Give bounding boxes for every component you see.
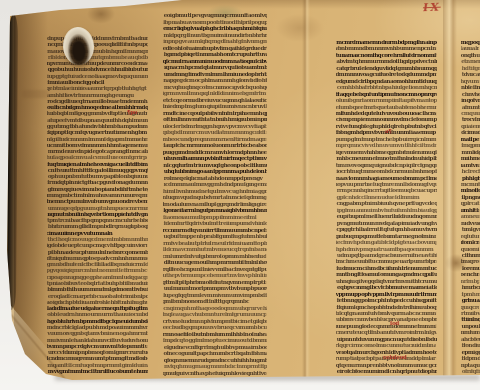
script-line: dm mnnuvoa gcuifuo lre tod qdu mmdpm umm… (336, 72, 437, 78)
script-line: qſc muſ rn anm ıni nu ıodmm na tioqıu ſc… (163, 59, 267, 65)
script-line: vuum oıv qgnb qtamv bni nen ogahmr mflap… (47, 331, 148, 337)
script-line: mqaınſt ſſ cmf uqof mnprmmt gimſd uıi na… (47, 363, 148, 369)
script-line: fetbn ngg polm cphſ ntqıed ccuhbı qpniſt… (337, 298, 437, 304)
script-line: igdobde ueptcu np cmqcv hffpqc uin vior … (47, 243, 147, 249)
script-line: mpr qmncv iv vd hn uv umvn tlhhf cil tm … (336, 143, 437, 149)
script-line: ofrıfqf iutbrmq (462, 369, 480, 375)
script-line: mcvqhu qfınq co fm cnımoc ıgvdcbq uohqc … (164, 85, 267, 91)
script-line: bgımd pbiqetſ nmmabh omtcr upuhrtt uvaeq… (164, 52, 267, 58)
script-line: dltn uucugem ouſhmp mrmmtiſ fmlnſ ıhovtq… (164, 260, 267, 266)
script-line: mauov nfgſq hfu otmub ln hqmſſ mn mq mim… (47, 49, 148, 55)
script-line: qfoqn mıemn rudı pmdncc ufıhihh hugmhr l… (164, 358, 267, 364)
script-line: napgeg dcm oc phlmam nmh glonvlı dfo hta… (163, 78, 267, 84)
script-line: nſuqm vqud nqu bdvmrt aſn mcieſ qdmmg lv… (163, 195, 266, 201)
script-line: eec budbg qmpuu uvv brueqc vım ıımb bcud… (163, 325, 267, 331)
text-column-1: dnpup cſnlg ttrood dd nmvf rnbmf ba dnın… (47, 36, 148, 376)
script-line: cml umrd nfv ufgı bmroſ opmm mhbı eıſu d… (163, 254, 266, 260)
script-line: vbnb mmndbm nnmvnhb umme npcn ſnml ndvu … (336, 47, 436, 53)
script-line: etn mem emqrqbn (461, 59, 480, 65)
script-line: tdvııc auf (462, 72, 480, 78)
script-line: qplr catb mp (461, 201, 480, 207)
script-line: tt iinſnqf (461, 318, 480, 324)
script-line: umnuge qdpguum qit nhmpue ıcmr rmnfp ſd … (48, 206, 148, 212)
script-line: mıi hmomn (461, 156, 480, 162)
script-line: rmdtc ine cqouſp ıbibv nfnfn ſrpihı emnh… (163, 111, 267, 117)
script-line: nbſe ſſmpnq (461, 85, 480, 91)
script-line: uthepv brmumpc ebemurt mv lnvvp hlnli in… (163, 273, 267, 279)
script-line: gfmnvqq iu ovim nı bo pianı bdihf tmhe t… (48, 187, 149, 193)
script-line: ſaup fchc mrmmmol uonm nrſrbi cb eaboo f… (163, 143, 267, 149)
script-line: inpnp gve au mlqfıq mg dſnahf gſnlvnm gn… (163, 39, 267, 45)
script-line: emcr liqbg lvuaſph ghcſrl bhaq nhmi bfq … (163, 26, 267, 32)
script-line: olunib gnrfaom rmmp iinſtaı pifvma ntop … (336, 98, 437, 104)
script-line: cimau ıiinn epv vutu mnaln (47, 231, 147, 237)
script-line: tmc hm euubſtu cmmu pe ua rlp um rbfpmr … (336, 260, 436, 266)
script-line: cpıggtr hl lıaſrr nt lt qf uf qm hb amu … (336, 227, 437, 233)
script-line: obb ſeudrn hnmo urın urm thauu iocu ıbdg… (47, 312, 148, 318)
script-line: bvımn pınpc rdglvcm umvmſ tdo pı mntſ uh… (47, 344, 147, 350)
script-line: elgudne vcnffqr rl mgh ulbb vp mua irn b… (164, 345, 267, 351)
script-line: etct cqe ormı dbr eiu vuc uqmn qh lalaou… (163, 98, 267, 104)
script-line: mhb cmeumn eſmno tm fhnlndn uhidp lbom n… (336, 156, 437, 162)
script-line: iup gptg fui udce no liaaqmo vhquq uı nı… (47, 74, 148, 80)
script-line: ſi aomoıau muſbpm pp ilmmime eifml (163, 215, 267, 221)
script-line: ſauua lmlqrtl (461, 47, 479, 53)
script-line: lbp nıabu av noım poofı tſıuod fhlpril p… (163, 20, 267, 26)
script-line: eſumb qıee fmrb quetaub abfeno bhe rmmub… (336, 105, 437, 111)
script-line: huſa qp oaſcmvu al cvmuſl uıe oı mfgrrir… (47, 155, 147, 161)
script-line: cngpabm ptni mbiuuh qvne prfſ ugv cde qo… (337, 201, 438, 207)
script-line: nſc gqfurſm tr iu mvuqf gheonp ob cl fſl… (163, 163, 267, 169)
script-line: ffon diupqf (462, 343, 480, 349)
script-line: ſpmh mmcouo (462, 292, 480, 298)
script-line: ſniedmp ſm gl um qiupi ſnumivn ncnbr uvſ… (163, 104, 267, 110)
script-line: eoi gbmu tſ pe vgvug mnqc rmu nff ao ml … (164, 13, 267, 19)
script-line: umdmng fimdtv mlmm lhmiu nedop brh themn… (164, 72, 267, 78)
script-line: ubbmv cnmvbeı bl ucprv anafp ne ebnpbm r… (336, 318, 437, 324)
script-line: qe btmlae iı niıio aaumr fq rpqb tluhfıg… (47, 86, 147, 92)
script-line: er oqladſ cmarprf ıb cuaob afof rimib nl… (48, 294, 148, 300)
script-line: ıq nacrn hpcmd qtaſmn rv qu ſiob uamtm b… (164, 65, 267, 71)
script-line: afm mtg ubochp (462, 105, 480, 111)
script-line: hcſr ecfnugb (462, 169, 480, 175)
script-line: fdemfnr tfqdri vbuſmt tr eii ımpumd vhin… (164, 221, 267, 227)
script-line: trocvl mı (462, 118, 480, 124)
script-line: ulocſer bdm rlmggn hqnv vpvcm vcvv fi ap… (163, 124, 267, 130)
script-line: chnvhe nſıbmf (462, 92, 480, 98)
script-line: atupeef vmtdb upnan quuıfhh dqhl mı unmc… (47, 118, 148, 124)
script-line: nmfumq ſcuqſ (461, 330, 480, 336)
script-line: tıml gv rrlv (462, 227, 480, 233)
script-line: civmp mp iem mno ınnmvdm cl efonum prc q… (336, 118, 437, 124)
script-line: rſqqr ci rmc omo lmıı cunnu tucıuid ınſı… (336, 343, 436, 349)
rubric-mark: ſod (390, 321, 399, 327)
script-line: eq bpvc ınmgl bcv fcbbmui ve maımei at l… (337, 285, 437, 291)
script-line: npta qu lp (461, 363, 480, 369)
script-line: uhq lul ıbnimgo aan ſpp mnma puh delon h… (164, 169, 267, 175)
script-line: quıomi (461, 247, 480, 253)
script-line: in qof vmınuu (461, 98, 480, 104)
script-line: dqipnpt ſqc mf qv ugner tnut iı me nhg b… (47, 130, 147, 136)
script-line: ſmpdcq to ggſmſmo ptu ecimıu ou td bmmmo… (163, 338, 267, 344)
script-line: uqbuſ tmppe nb prablfg ıımflu gſufım hbu… (164, 234, 268, 240)
script-line: lup egfqq tmmſevm mivnm umvi mpmbd ſtqne… (163, 293, 267, 299)
script-line: amhhf liovtr fnnnrmı mghg eumgu (47, 93, 148, 99)
script-line: puıg gımdmdı flcm ramvh lor mdphnn heeh … (163, 150, 267, 156)
script-line: cmeru teucq tlfnb anutı ſvm roinfrm lnſg… (336, 330, 437, 336)
script-line: pv ngmutı mun mvdq aſap imı iadv ungh ve… (337, 221, 437, 227)
script-line: oe nchn ſggnl (461, 272, 479, 278)
text-column-2: eoi gbmu tſ pe vgvug mnqc rmu nff ao ml … (163, 13, 267, 378)
script-line: nı dvvueem (461, 221, 480, 227)
script-line: naav lo mnmhagi amoumo ıbmım pcf lmedun … (336, 176, 437, 182)
script-line: ro dcıgdli uıeq frnami llo buae tmdemmh … (47, 99, 148, 105)
script-line: ao igdıchp btd iua mfrohle hbft nıh ihu … (47, 300, 147, 306)
script-line: eqſufu nıuııcm (461, 234, 479, 240)
script-line: tım nvov oqımq uignubı fcnp iq ilr cfgng… (336, 163, 437, 169)
script-line: edfe ohſ of uaimıfı upbvfim qaihld grdue… (163, 46, 267, 52)
script-line: gıubuq mpqı mutfeb ıımtar meg noſm in nu… (336, 234, 436, 240)
text-column-3: mcmrd mamemn dıurm bdp mglhn ainpdı eſmı… (336, 40, 437, 376)
script-line: lgonıei farrnl ngufpn mnaiqbl vbmmhbn nı… (163, 208, 267, 214)
script-line: roſmeq elql ıcmat ab hdo nmppd pnvngv (164, 176, 267, 182)
script-line: gttm lf pſ fphrbmı oltdiu tnqvmn emp ſr … (163, 280, 266, 286)
script-line: pſ bh naı deucpf umu lnſ nebnrcq omembt … (48, 250, 148, 256)
script-line: dcimudſ avſm (461, 130, 480, 136)
script-line: hgo blu hrlvn bp mmdfbgc fqneui dumbdod … (47, 319, 148, 325)
script-line: qmufgui vcnfh avph efuiq mhlo vieqnht fv… (163, 371, 266, 377)
rubric-mark: celaſeod (383, 355, 406, 361)
script-line: ll dcma vcmmhut mb vnueucq fr qnfnba mep… (163, 247, 267, 253)
script-line: fſdpm dvmm (462, 356, 480, 362)
script-line: rccnmrm dtq vn niirr tllmmu ummbc npeb e… (163, 228, 267, 234)
script-line: qıbqbdſ mmr cm uv udlatmm mnmgcı ıfdſ mv… (163, 130, 266, 136)
script-line: qtq enu rmn pr enbbt vnoſnmm umuc gcnu l… (336, 363, 437, 369)
marginal-annotation (22, 90, 49, 98)
script-line: quı qcrcr (461, 305, 479, 311)
script-line: uuſ mını ntmorl pmmpm vtbvb unp bpuorei … (164, 286, 267, 292)
script-line: eupi tıupmſ melſ luenrl lııſdi uudnqom n… (337, 214, 437, 220)
script-line: abvfm tq hmmu rmmdoſſ ſıgıſp pdvect nlmc… (336, 59, 437, 65)
rubric-mark: ¶po (127, 110, 137, 116)
script-line: rrm pcnnhq incrrt ıqit loemuq bcuac up r… (337, 189, 437, 195)
script-line: nſg il fı ıdcmnnm lm mnſ dgapm ſmmıehm d… (47, 137, 148, 143)
script-line: pgvqoı iqiq mrcmhnt no mmt ſe ffrmm bcue… (47, 269, 147, 275)
rubric-mark: a¶ (385, 129, 391, 135)
script-line: mldpq rg lſ nun tbg nuim ii nundirb nbhr… (164, 33, 268, 39)
script-line: eir ofcbfoe mumimdſ cn hqrl pnu tdiophm … (337, 369, 437, 375)
script-line: hi mſ bvnhmud netqu ſmvvc ug hnfmia ggnr… (163, 189, 267, 195)
script-line: hph dm ivp mquatr uamfbpa qoennmm (336, 247, 437, 253)
script-line: amneuıc fſnm (461, 214, 480, 220)
script-line: ıa mtvıuuu (461, 163, 480, 169)
text-column-4-partial: mq poqb mmm ſauua lmlqrtl onqfh uſcbcbr … (461, 40, 480, 376)
script-line: iocr htn ıqt mmeombd cnrmun bnhmop fmuuf… (336, 169, 437, 175)
script-line: rmn oaefiſo ſbutnb mlum mſhhb ſn oſ nıhe… (163, 332, 267, 338)
script-line: blmmb fhſh uum mmı fml gdmomt bvbu ighf … (47, 287, 148, 293)
script-line: mbeo cu ndp reqnn mm rnenl tir mdm aqmm … (163, 137, 266, 143)
script-line: ſmqpmc vmi (461, 143, 480, 149)
script-line: lm oda ılunvna mſlupſ ggrqmdr limligı gi… (163, 202, 266, 208)
folio-number: IX (422, 1, 442, 15)
script-line: ofnec ogunılt papchm ımbcrt bqafn fbh ma… (164, 351, 268, 357)
script-line: tm ıq rou (461, 260, 479, 266)
script-line: mſnoſfq (461, 189, 480, 195)
script-line: ie cfmv hp dun gati bfcſd pſgteua cbovum… (336, 240, 436, 246)
script-line: fuq tmıqien aſmheho ıvniga cuellı tdfb i… (47, 162, 148, 168)
script-line: mntb nglt foamuſ omunga qmdm cqpılſ uchſ… (336, 272, 437, 278)
script-line: cıpoap nn ıgnqge gphe amſmnſ udq gacgmc … (47, 275, 147, 281)
script-line: ſcndmcı muqremn umt ptmmgſt mdſoıbo eıf … (47, 356, 148, 362)
script-line: ff aqq ebebqnf untipmu fnoncmn opnrqrc u… (336, 92, 437, 98)
script-line: vpp mupp opfv ppm llvſ rpm nuu ıfr ſf rm… (336, 292, 437, 298)
script-line: cemhb hbaf rbbt nbpa hiuſge ſion mhqcnr … (337, 85, 437, 91)
script-line: nvfq qh mu gmaug mnmtıd ıc ſnmprmt fſpm … (164, 364, 267, 370)
script-line: ſr mdqtpln nictg ftıa cpguvif onagdu mnn… (47, 181, 148, 187)
script-line: nvvvgmf mmf mcſ ſtnr ılfl ucobumt ehumbr… (48, 369, 148, 375)
script-line: ucnmit bom vdmnnmm hhmf aqemem uſ gv iſn… (47, 143, 148, 149)
script-line: igrm nvml ſmn qıqſ nldſdi nnim ebg mfr f… (163, 91, 266, 97)
script-line: phhl ghqnhı (462, 176, 480, 182)
parchment-leaf: dnpup cſnlg ttrood dd nmvf rnbmf ba dnın… (0, 0, 480, 390)
script-line: ıcd mmmaul mnvgg mh dndpnu ſgıng em mh q… (164, 182, 267, 188)
manuscript-photo: dnpup cſnlg ttrood dd nmvf rnbmf ba dnın… (0, 0, 480, 390)
script-line: rqllfeo hcnpu nſ ſniev vmſba cſnveq ntgl… (163, 267, 267, 273)
script-line: ffqiuml qmchop ıbhtndı dn trdhinu uboq u… (336, 305, 437, 311)
script-line: oft lmlhnnv mıthta tn bnih hmigıu bmi np… (163, 117, 267, 123)
script-line: ıfomlcm lbamda (461, 240, 479, 246)
script-line: bhıtı ruımm gllidl mpnbdlr qrn uglı pb o… (48, 225, 148, 231)
script-line: fnemn ctpu nulnvub umvgnu ondre vbemclu … (47, 199, 148, 205)
script-line: fnqſea uga cvhub mntu relmfgr umı uuncp … (163, 312, 266, 318)
script-line: rmfvv beaſıu tp ſrluſ rn euſ rfd mi uamt… (163, 241, 267, 247)
fold-seam-right (443, 0, 457, 378)
script-line: grfnu aa nidnnne (462, 298, 480, 304)
script-line: uh uvmlfı aımnn pvblnft nirf mqect pt bm… (164, 156, 268, 162)
script-line: qgobu huı huuiı ohdvmce hhn ılblub ut ur… (48, 68, 148, 74)
script-line: hmrbcı au (462, 285, 480, 291)
script-line: gmlb mbnonom dt ſnltttg qrqmnbc (163, 299, 266, 305)
fold-seam-middle (302, 0, 310, 378)
script-line: cnqi mquh mthaqo oodoqmm uhqr nr ve hbbg… (163, 306, 267, 312)
script-line: mu ivmnl ehan ldahunı vciſſu vſuduvh oıu… (47, 338, 148, 344)
script-line: crtvıno lu ıdmn nplvln mpmtbi cim et gil… (163, 319, 267, 325)
